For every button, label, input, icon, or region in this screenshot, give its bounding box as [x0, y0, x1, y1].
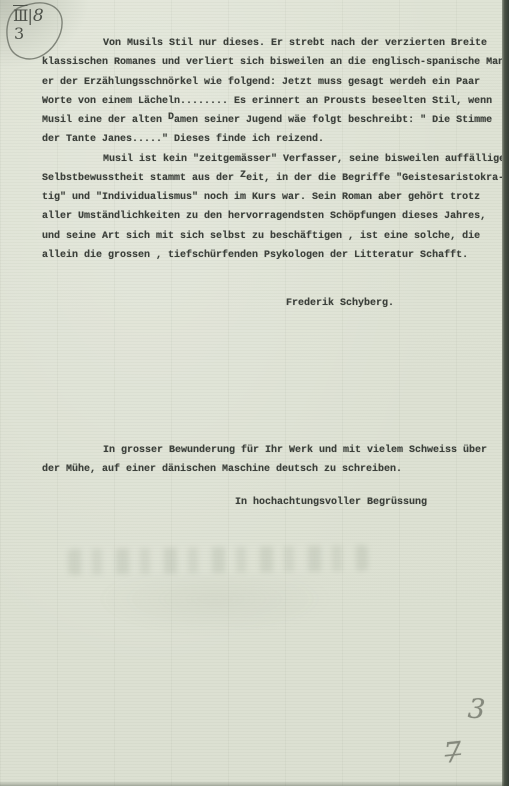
archive-mark: Ⅲ|8 3: [3, 1, 67, 61]
typed-line-part: eit, in der die Begriffe "Geistesaristok…: [246, 173, 504, 184]
typed-line: tig" und "Individualismus" noch im Kurs …: [42, 191, 480, 204]
pencil-number-upper: 3: [467, 693, 486, 725]
scan-edge-bottom: [0, 781, 509, 786]
verso-show-through-smudge: [95, 575, 335, 635]
verso-show-through-mark: [68, 545, 368, 575]
typed-line: klassischen Romanes und verliert sich bi…: [42, 56, 509, 69]
archive-mark-number: 8: [33, 6, 44, 26]
typed-line: Selbstbewusstheit stammt aus der Zeit, i…: [42, 172, 504, 185]
archive-mark-page: 3: [14, 25, 44, 42]
salutation: In hochachtungsvoller Begrüssung: [235, 496, 427, 509]
typed-line: Musil ist kein "zeitgemässer" Verfasser,…: [103, 153, 505, 166]
typed-line: Von Musils Stil nur dieses. Er strebt na…: [103, 37, 487, 50]
typed-line: Musil eine der alten Damen seiner Jugend…: [42, 114, 492, 127]
typed-line: der Mühe, auf einer dänischen Maschine d…: [42, 463, 402, 476]
typed-line-part: amen seiner Jugend wäe folgt beschreibt:…: [174, 115, 492, 126]
archive-mark-text: Ⅲ|8 3: [13, 7, 44, 42]
signature: Frederik Schyberg.: [286, 297, 394, 310]
archive-mark-roman: Ⅲ: [13, 6, 27, 25]
scan-edge-right: [502, 0, 509, 786]
typed-line: der Tante Janes....." Dieses finde ich r…: [42, 133, 324, 146]
typed-line: und seine Art sich mit sich selbst zu be…: [42, 230, 480, 243]
raised-letter: Z: [240, 170, 246, 181]
typed-line: er der Erzählungsschnörkel wie folgend: …: [42, 76, 480, 89]
typed-line-part: Musil eine der alten: [42, 115, 168, 126]
typed-line: allein die grossen , tiefschürfenden Psy…: [42, 249, 468, 262]
typed-line: Worte von einem Lächeln........ Es erinn…: [42, 95, 492, 108]
pencil-number-lower: 7̶: [442, 735, 463, 770]
typed-line-part: Selbstbewusstheit stammt aus der: [42, 173, 240, 184]
typed-line: In grosser Bewunderung für Ihr Werk und …: [103, 444, 487, 457]
raised-letter: D: [168, 112, 174, 123]
typed-line: aller Umständlichkeiten zu den hervorrag…: [42, 210, 486, 223]
